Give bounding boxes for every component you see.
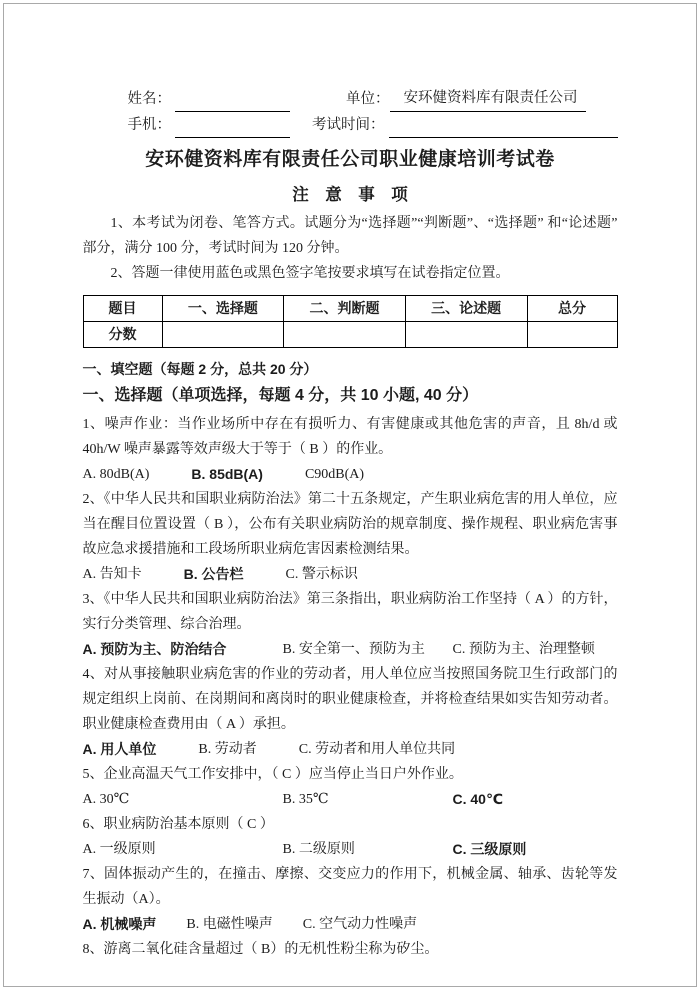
option-c: C. 40℃ [453, 787, 503, 812]
option-c: C. 警示标识 [286, 562, 358, 587]
question-4-options: A. 用人单位 B. 劳动者 C. 劳动者和用人单位共同 [83, 737, 618, 762]
option-a: A. 预防为主、防治结合 [83, 637, 283, 662]
phone-blank-field[interactable] [175, 120, 290, 138]
question-7-text: 7、固体振动产生的，在撞击、摩擦、交变应力的作用下，机械金属、轴承、齿轮等发生振… [83, 862, 618, 912]
score-cell-choice [162, 322, 284, 348]
notice-heading: 注 意 事 项 [83, 183, 618, 207]
exam-time-label: 考试时间： [312, 113, 385, 138]
score-cell-judge [284, 322, 406, 348]
question-7-options: A. 机械噪声 B. 电磁性噪声 C. 空气动力性噪声 [83, 912, 618, 937]
question-4-text: 4、对从事接触职业病危害的作业的劳动者，用人单位应当按照国务院卫生行政部门的规定… [83, 662, 618, 737]
question-6-options: A. 一级原则 B. 二级原则 C. 三级原则 [83, 837, 618, 862]
option-b: B. 35℃ [283, 787, 453, 812]
question-5-text: 5、企业高温天气工作安排中，（ C ）应当停止当日户外作业。 [83, 762, 618, 787]
option-b: B. 安全第一、预防为主 [283, 637, 453, 662]
score-header-topic: 题目 [83, 296, 162, 322]
unit-value: 安环健资料库有限责任公司 [390, 86, 586, 112]
option-b: B. 电磁性噪声 [186, 912, 272, 937]
option-c: C. 空气动力性噪声 [303, 912, 417, 937]
score-table-value-row: 分数 [83, 322, 617, 348]
option-a: A. 告知卡 [83, 562, 142, 587]
name-blank-field[interactable] [175, 94, 290, 112]
option-a: A. 一级原则 [83, 837, 283, 862]
score-table-header-row: 题目 一、选择题 二、判断题 三、论述题 总分 [83, 296, 617, 322]
exam-title: 安环健资料库有限责任公司职业健康培训考试卷 [83, 146, 618, 174]
option-c: C. 劳动者和用人单位共同 [299, 737, 455, 762]
option-c: C90dB(A) [305, 462, 364, 487]
question-2-options: A. 告知卡 B. 公告栏 C. 警示标识 [83, 562, 618, 587]
question-2-text: 2、《中华人民共和国职业病防治法》第二十五条规定，产生职业病危害的用人单位，应当… [83, 487, 618, 562]
section-fill-blank-heading: 一、填空题（每题 2 分，总共 20 分） [83, 356, 618, 382]
option-c: C. 预防为主、治理整顿 [453, 637, 595, 662]
header-row-1: 姓名： 单位： 安环健资料库有限责任公司 [128, 86, 618, 112]
exam-paper-page: 姓名： 单位： 安环健资料库有限责任公司 手机： 考试时间： 安环健资料库有限责… [3, 3, 697, 987]
notice-item-1: 1、本考试为闭卷、笔答方式。试题分为“选择题”“判断题”、“选择题” 和“论述题… [83, 211, 618, 261]
page-content: 姓名： 单位： 安环健资料库有限责任公司 手机： 考试时间： 安环健资料库有限责… [83, 86, 618, 962]
header-row-2: 手机： 考试时间： [128, 112, 618, 138]
option-a: A. 30℃ [83, 787, 283, 812]
question-5-options: A. 30℃ B. 35℃ C. 40℃ [83, 787, 618, 812]
name-label: 姓名： [128, 87, 172, 112]
section-multiple-choice-heading: 一、选择题（单项选择，每题 4 分，共 10 小题, 40 分） [83, 382, 618, 410]
score-cell-total [527, 322, 617, 348]
option-a: A. 用人单位 [83, 737, 157, 762]
phone-label: 手机： [128, 113, 172, 138]
option-a: A. 80dB(A) [83, 462, 150, 487]
question-3-text: 3、《中华人民共和国职业病防治法》第三条指出，职业病防治工作坚持（ A ）的方针… [83, 587, 618, 637]
score-header-judge: 二、判断题 [284, 296, 406, 322]
option-a: A. 机械噪声 [83, 912, 157, 937]
option-c: C. 三级原则 [453, 837, 527, 862]
score-header-total: 总分 [527, 296, 617, 322]
notice-item-2: 2、答题一律使用蓝色或黑色签字笔按要求填写在试卷指定位置。 [83, 261, 618, 286]
question-1-options: A. 80dB(A) B. 85dB(A) C90dB(A) [83, 462, 618, 487]
option-b: B. 二级原则 [283, 837, 453, 862]
question-6-text: 6、职业病防治基本原则（ C ） [83, 812, 618, 837]
option-b: B. 85dB(A) [191, 462, 263, 487]
score-header-essay: 三、论述题 [405, 296, 527, 322]
question-1-text: 1、噪声作业：当作业场所中存在有损听力、有害健康或其他危害的声音，且 8h/d … [83, 412, 618, 462]
exam-time-blank-field[interactable] [389, 120, 618, 138]
score-table: 题目 一、选择题 二、判断题 三、论述题 总分 分数 [83, 295, 618, 348]
option-b: B. 劳动者 [198, 737, 256, 762]
score-row-label: 分数 [83, 322, 162, 348]
option-b: B. 公告栏 [184, 562, 244, 587]
question-8-text: 8、游离二氧化硅含量超过（ B）的无机性粉尘称为矽尘。 [83, 937, 618, 962]
score-header-choice: 一、选择题 [162, 296, 284, 322]
score-cell-essay [405, 322, 527, 348]
unit-label: 单位： [346, 87, 390, 112]
question-3-options: A. 预防为主、防治结合 B. 安全第一、预防为主 C. 预防为主、治理整顿 [83, 637, 618, 662]
